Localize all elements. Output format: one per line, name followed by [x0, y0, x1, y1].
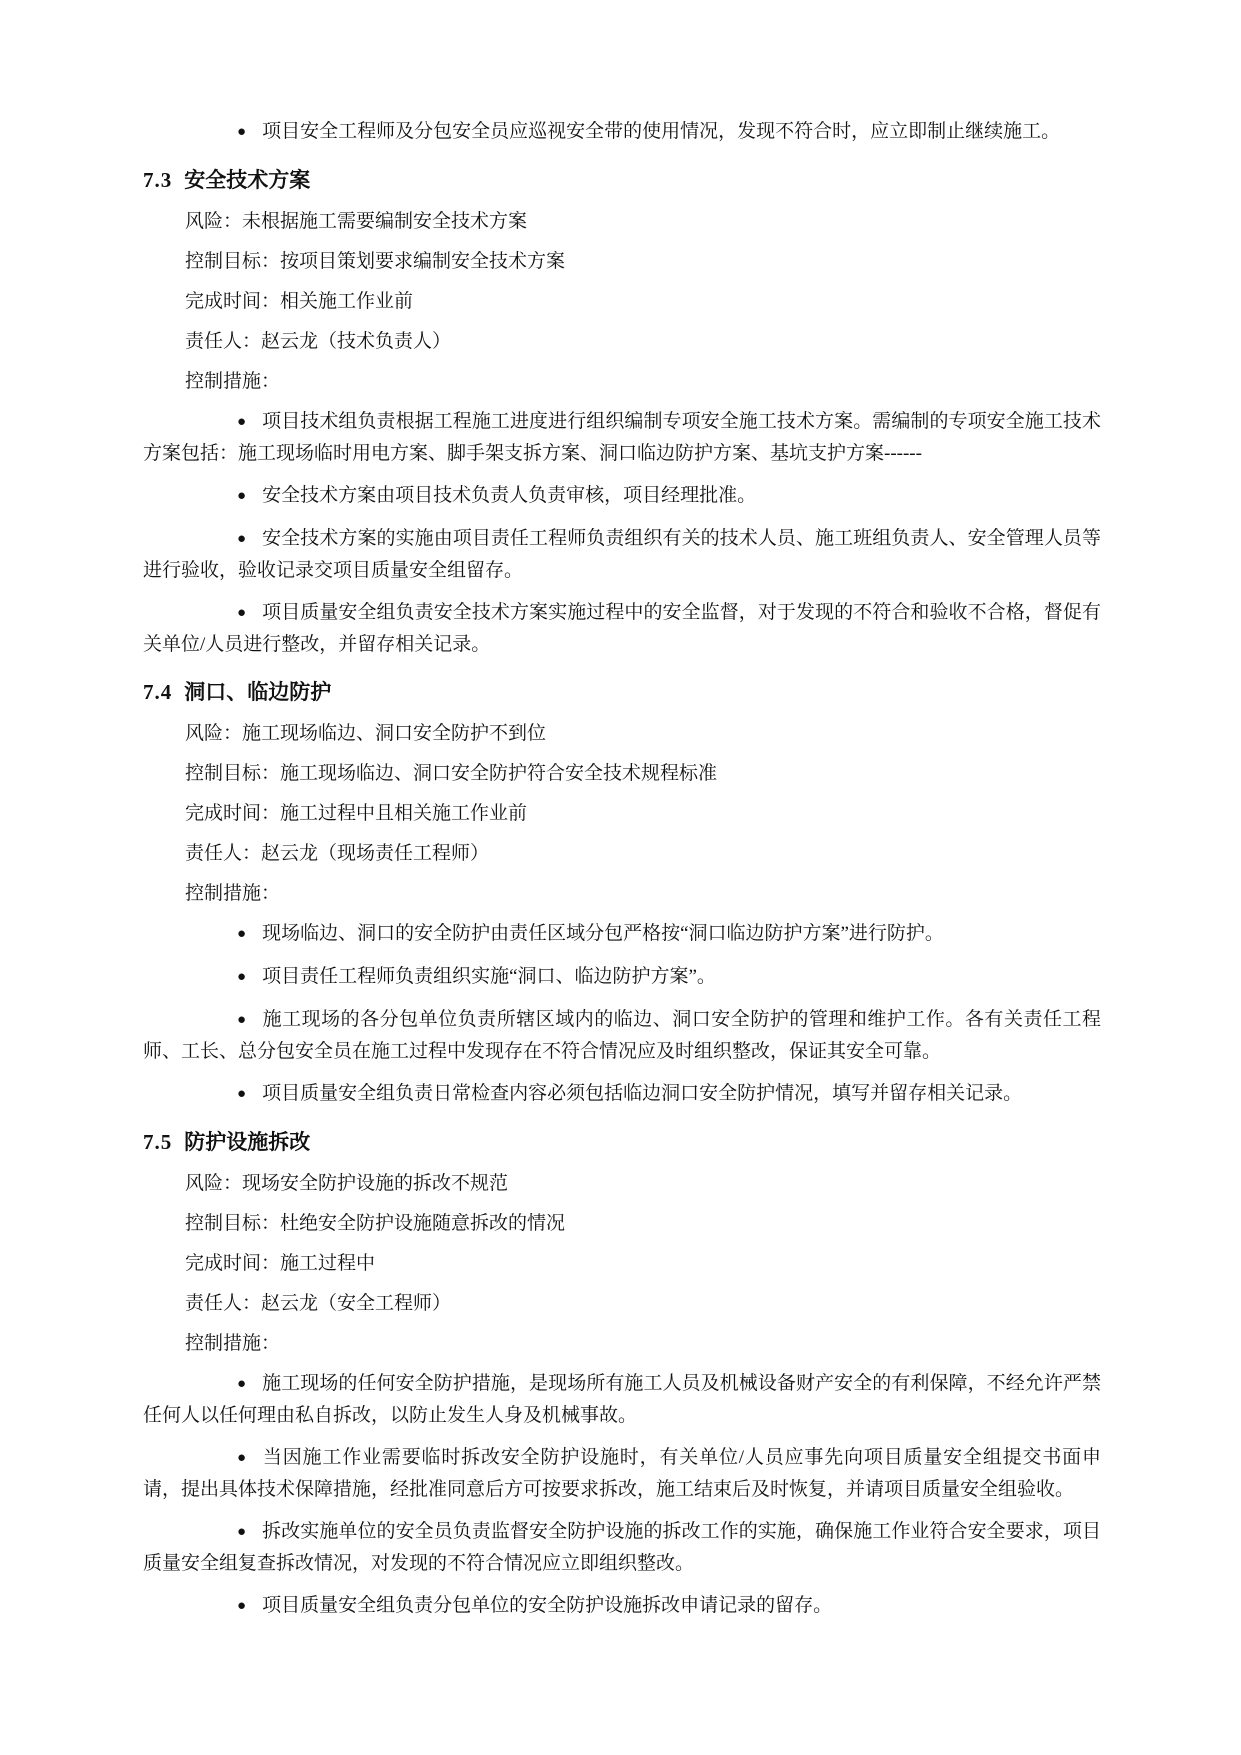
field-completion-time: 完成时间：施工过程中 [143, 1248, 1101, 1279]
measure-text: 安全技术方案由项目技术负责人负责审核，项目经理批准。 [262, 485, 756, 506]
measure-paragraph: ●项目质量安全组负责分包单位的安全防护设施拆改申请记录的留存。 [143, 1590, 1101, 1622]
document-body: ●项目安全工程师及分包安全员应巡视安全带的使用情况，发现不符合时，应立即制止继续… [143, 116, 1101, 1622]
measure-paragraph: ●施工现场的各分包单位负责所辖区域内的临边、洞口安全防护的管理和维护工作。各有关… [143, 1004, 1101, 1067]
section-heading-7-4: 7.4洞口、临边防护 [143, 677, 1101, 707]
measure-text: 项目责任工程师负责组织实施“洞口、临边防护方案”。 [262, 966, 716, 987]
bullet-icon: ● [190, 117, 246, 148]
field-control-measures-label: 控制措施： [143, 366, 1101, 397]
field-responsible-person: 责任人：赵云龙（技术负责人） [143, 326, 1101, 357]
field-responsible-person: 责任人：赵云龙（安全工程师） [143, 1288, 1101, 1319]
bullet-icon: ● [190, 962, 246, 993]
field-risk: 风险：施工现场临边、洞口安全防护不到位 [143, 718, 1101, 749]
bullet-icon: ● [190, 407, 246, 438]
section-title: 洞口、临边防护 [184, 680, 331, 704]
bullet-icon: ● [190, 1517, 246, 1548]
measure-paragraph: ●项目责任工程师负责组织实施“洞口、临边防护方案”。 [143, 961, 1101, 993]
field-risk: 风险：现场安全防护设施的拆改不规范 [143, 1168, 1101, 1199]
bullet-icon: ● [190, 1079, 246, 1110]
section-heading-7-5: 7.5防护设施拆改 [143, 1127, 1101, 1157]
bullet-icon: ● [190, 1005, 246, 1036]
document-page: ●项目安全工程师及分包安全员应巡视安全带的使用情况，发现不符合时，应立即制止继续… [0, 0, 1241, 1755]
intro-paragraph-block: ●项目安全工程师及分包安全员应巡视安全带的使用情况，发现不符合时，应立即制止继续… [143, 116, 1101, 148]
measure-paragraph: ●安全技术方案由项目技术负责人负责审核，项目经理批准。 [143, 480, 1101, 512]
section-number: 7.3 [143, 165, 172, 195]
field-responsible-person: 责任人：赵云龙（现场责任工程师） [143, 838, 1101, 869]
measure-paragraph: ●施工现场的任何安全防护措施，是现场所有施工人员及机械设备财产安全的有利保障，不… [143, 1368, 1101, 1431]
measure-text: 现场临边、洞口的安全防护由责任区域分包严格按“洞口临边防护方案”进行防护。 [262, 923, 944, 944]
measure-paragraph: ●现场临边、洞口的安全防护由责任区域分包严格按“洞口临边防护方案”进行防护。 [143, 918, 1101, 950]
measure-paragraph: ●当因施工作业需要临时拆改安全防护设施时，有关单位/人员应事先向项目质量安全组提… [143, 1442, 1101, 1505]
measure-paragraph: ●项目质量安全组负责安全技术方案实施过程中的安全监督，对于发现的不符合和验收不合… [143, 597, 1101, 660]
measure-text: 当因施工作业需要临时拆改安全防护设施时，有关单位/人员应事先向项目质量安全组提交… [143, 1447, 1101, 1500]
measure-paragraph: ●安全技术方案的实施由项目责任工程师负责组织有关的技术人员、施工班组负责人、安全… [143, 523, 1101, 586]
bullet-icon: ● [190, 1443, 246, 1474]
measure-text: 拆改实施单位的安全员负责监督安全防护设施的拆改工作的实施，确保施工作业符合安全要… [143, 1521, 1101, 1574]
bullet-icon: ● [190, 1369, 246, 1400]
measure-paragraph: ●项目质量安全组负责日常检查内容必须包括临边洞口安全防护情况，填写并留存相关记录… [143, 1078, 1101, 1110]
bullet-icon: ● [190, 481, 246, 512]
measure-text: 项目技术组负责根据工程施工进度进行组织编制专项安全施工技术方案。需编制的专项安全… [143, 411, 1101, 464]
measure-paragraph: ●项目技术组负责根据工程施工进度进行组织编制专项安全施工技术方案。需编制的专项安… [143, 406, 1101, 469]
field-risk: 风险：未根据施工需要编制安全技术方案 [143, 206, 1101, 237]
field-completion-time: 完成时间：施工过程中且相关施工作业前 [143, 798, 1101, 829]
field-control-target: 控制目标：按项目策划要求编制安全技术方案 [143, 246, 1101, 277]
measure-text: 项目质量安全组负责安全技术方案实施过程中的安全监督，对于发现的不符合和验收不合格… [143, 602, 1101, 655]
intro-paragraph: ●项目安全工程师及分包安全员应巡视安全带的使用情况，发现不符合时，应立即制止继续… [143, 116, 1101, 148]
field-control-target: 控制目标：施工现场临边、洞口安全防护符合安全技术规程标准 [143, 758, 1101, 789]
field-control-target: 控制目标：杜绝安全防护设施随意拆改的情况 [143, 1208, 1101, 1239]
bullet-icon: ● [190, 524, 246, 555]
field-completion-time: 完成时间：相关施工作业前 [143, 286, 1101, 317]
intro-paragraph-text: 项目安全工程师及分包安全员应巡视安全带的使用情况，发现不符合时，应立即制止继续施… [262, 121, 1060, 142]
section-title: 防护设施拆改 [184, 1130, 310, 1154]
section-title: 安全技术方案 [184, 168, 310, 192]
measure-text: 安全技术方案的实施由项目责任工程师负责组织有关的技术人员、施工班组负责人、安全管… [143, 528, 1101, 581]
measure-text: 施工现场的任何安全防护措施，是现场所有施工人员及机械设备财产安全的有利保障，不经… [143, 1373, 1101, 1426]
section-number: 7.5 [143, 1127, 172, 1157]
field-control-measures-label: 控制措施： [143, 1328, 1101, 1359]
measure-text: 项目质量安全组负责分包单位的安全防护设施拆改申请记录的留存。 [262, 1595, 832, 1616]
field-control-measures-label: 控制措施： [143, 878, 1101, 909]
bullet-icon: ● [190, 1591, 246, 1622]
bullet-icon: ● [190, 919, 246, 950]
measure-text: 项目质量安全组负责日常检查内容必须包括临边洞口安全防护情况，填写并留存相关记录。 [262, 1083, 1022, 1104]
measure-text: 施工现场的各分包单位负责所辖区域内的临边、洞口安全防护的管理和维护工作。各有关责… [143, 1009, 1101, 1062]
section-number: 7.4 [143, 677, 172, 707]
bullet-icon: ● [190, 598, 246, 629]
measure-paragraph: ●拆改实施单位的安全员负责监督安全防护设施的拆改工作的实施，确保施工作业符合安全… [143, 1516, 1101, 1579]
section-heading-7-3: 7.3安全技术方案 [143, 165, 1101, 195]
